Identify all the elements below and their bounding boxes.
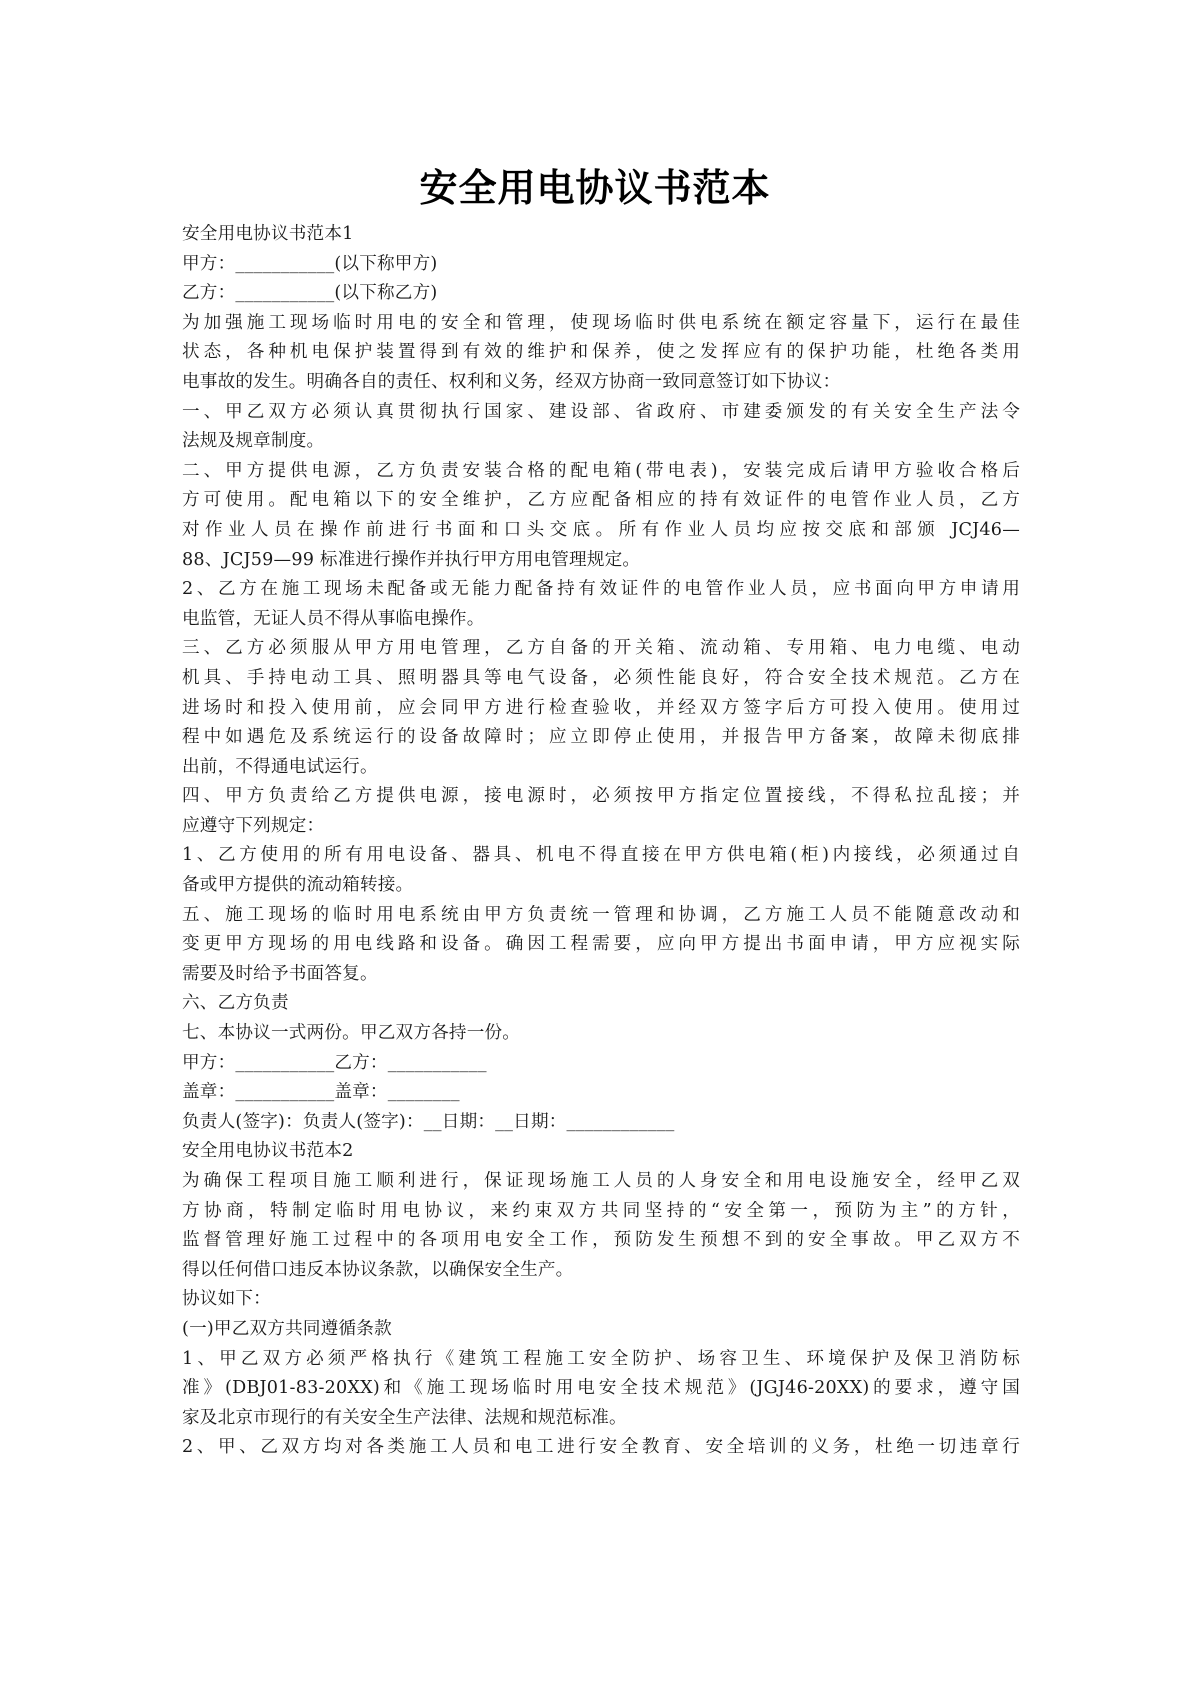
text-line: 盖章：___________盖章：________ <box>182 1078 1020 1108</box>
text-line: 为加强施工现场临时用电的安全和管理，使现场临时供电系统在额定容量下，运行在最佳 <box>182 309 1020 339</box>
text-line: 1、乙方使用的所有用电设备、器具、机电不得直接在甲方供电箱(柜)内接线，必须通过… <box>182 841 1020 871</box>
document-page: 安全用电协议书范本 安全用电协议书范本1甲方：___________(以下称甲方… <box>0 0 1190 1683</box>
text-line: 家及北京市现行的有关安全生产法律、法规和规范标准。 <box>182 1404 1020 1434</box>
text-line: 负责人(签字)：负责人(签字)：__日期：__日期：____________ <box>182 1108 1020 1138</box>
text-line: 一、甲乙双方必须认真贯彻执行国家、建设部、省政府、市建委颁发的有关安全生产法令 <box>182 398 1020 428</box>
text-line: 安全用电协议书范本1 <box>182 220 1020 250</box>
text-line: 88、JCJ59—99 标准进行操作并执行甲方用电管理规定。 <box>182 546 1020 576</box>
text-line: 乙方：___________(以下称乙方) <box>182 279 1020 309</box>
text-line: 为确保工程项目施工顺利进行，保证现场施工人员的人身安全和用电设施安全，经甲乙双 <box>182 1167 1020 1197</box>
text-line: 备或甲方提供的流动箱转接。 <box>182 871 1020 901</box>
document-title: 安全用电协议书范本 <box>0 164 1190 212</box>
text-line: 安全用电协议书范本2 <box>182 1137 1020 1167</box>
text-line: (一)甲乙双方共同遵循条款 <box>182 1315 1020 1345</box>
text-line: 七、本协议一式两份。甲乙双方各持一份。 <box>182 1019 1020 1049</box>
text-line: 六、乙方负责 <box>182 989 1020 1019</box>
text-line: 甲方：___________乙方：___________ <box>182 1049 1020 1079</box>
text-line: 变更甲方现场的用电线路和设备。确因工程需要，应向甲方提出书面申请，甲方应视实际 <box>182 930 1020 960</box>
text-line: 进场时和投入使用前，应会同甲方进行检查验收，并经双方签字后方可投入使用。使用过 <box>182 694 1020 724</box>
text-line: 协议如下： <box>182 1285 1020 1315</box>
text-line: 得以任何借口违反本协议条款，以确保安全生产。 <box>182 1256 1020 1286</box>
text-line: 需要及时给予书面答复。 <box>182 960 1020 990</box>
text-line: 监督管理好施工过程中的各项用电安全工作，预防发生预想不到的安全事故。甲乙双方不 <box>182 1226 1020 1256</box>
text-line: 状态，各种机电保护装置得到有效的维护和保养，使之发挥应有的保护功能，杜绝各类用 <box>182 338 1020 368</box>
text-line: 五、施工现场的临时用电系统由甲方负责统一管理和协调，乙方施工人员不能随意改动和 <box>182 901 1020 931</box>
text-line: 三、乙方必须服从甲方用电管理，乙方自备的开关箱、流动箱、专用箱、电力电缆、电动 <box>182 634 1020 664</box>
text-line: 2、乙方在施工现场未配备或无能力配备持有效证件的电管作业人员，应书面向甲方申请用 <box>182 575 1020 605</box>
text-line: 甲方：___________(以下称甲方) <box>182 250 1020 280</box>
text-line: 1、甲乙双方必须严格执行《建筑工程施工安全防护、场容卫生、环境保护及保卫消防标 <box>182 1345 1020 1375</box>
document-body: 安全用电协议书范本1甲方：___________(以下称甲方)乙方：______… <box>182 220 1020 1463</box>
text-line: 电事故的发生。明确各自的责任、权利和义务，经双方协商一致同意签订如下协议： <box>182 368 1020 398</box>
text-line: 2、甲、乙双方均对各类施工人员和电工进行安全教育、安全培训的义务，杜绝一切违章行 <box>182 1433 1020 1463</box>
text-line: 应遵守下列规定： <box>182 812 1020 842</box>
text-line: 出前，不得通电试运行。 <box>182 753 1020 783</box>
text-line: 准》(DBJ01-83-20XX)和《施工现场临时用电安全技术规范》(JGJ46… <box>182 1374 1020 1404</box>
text-line: 四、甲方负责给乙方提供电源，接电源时，必须按甲方指定位置接线，不得私拉乱接；并 <box>182 782 1020 812</box>
text-line: 法规及规章制度。 <box>182 427 1020 457</box>
text-line: 方可使用。配电箱以下的安全维护，乙方应配备相应的持有效证件的电管作业人员，乙方 <box>182 486 1020 516</box>
text-line: 机具、手持电动工具、照明器具等电气设备，必须性能良好，符合安全技术规范。乙方在 <box>182 664 1020 694</box>
text-line: 对作业人员在操作前进行书面和口头交底。所有作业人员均应按交底和部颁 JCJ46— <box>182 516 1020 546</box>
text-line: 二、甲方提供电源，乙方负责安装合格的配电箱(带电表)，安装完成后请甲方验收合格后 <box>182 457 1020 487</box>
text-line: 方协商，特制定临时用电协议，来约束双方共同坚持的“安全第一，预防为主”的方针， <box>182 1197 1020 1227</box>
text-line: 电监管，无证人员不得从事临电操作。 <box>182 605 1020 635</box>
text-line: 程中如遇危及系统运行的设备故障时；应立即停止使用，并报告甲方备案，故障未彻底排 <box>182 723 1020 753</box>
